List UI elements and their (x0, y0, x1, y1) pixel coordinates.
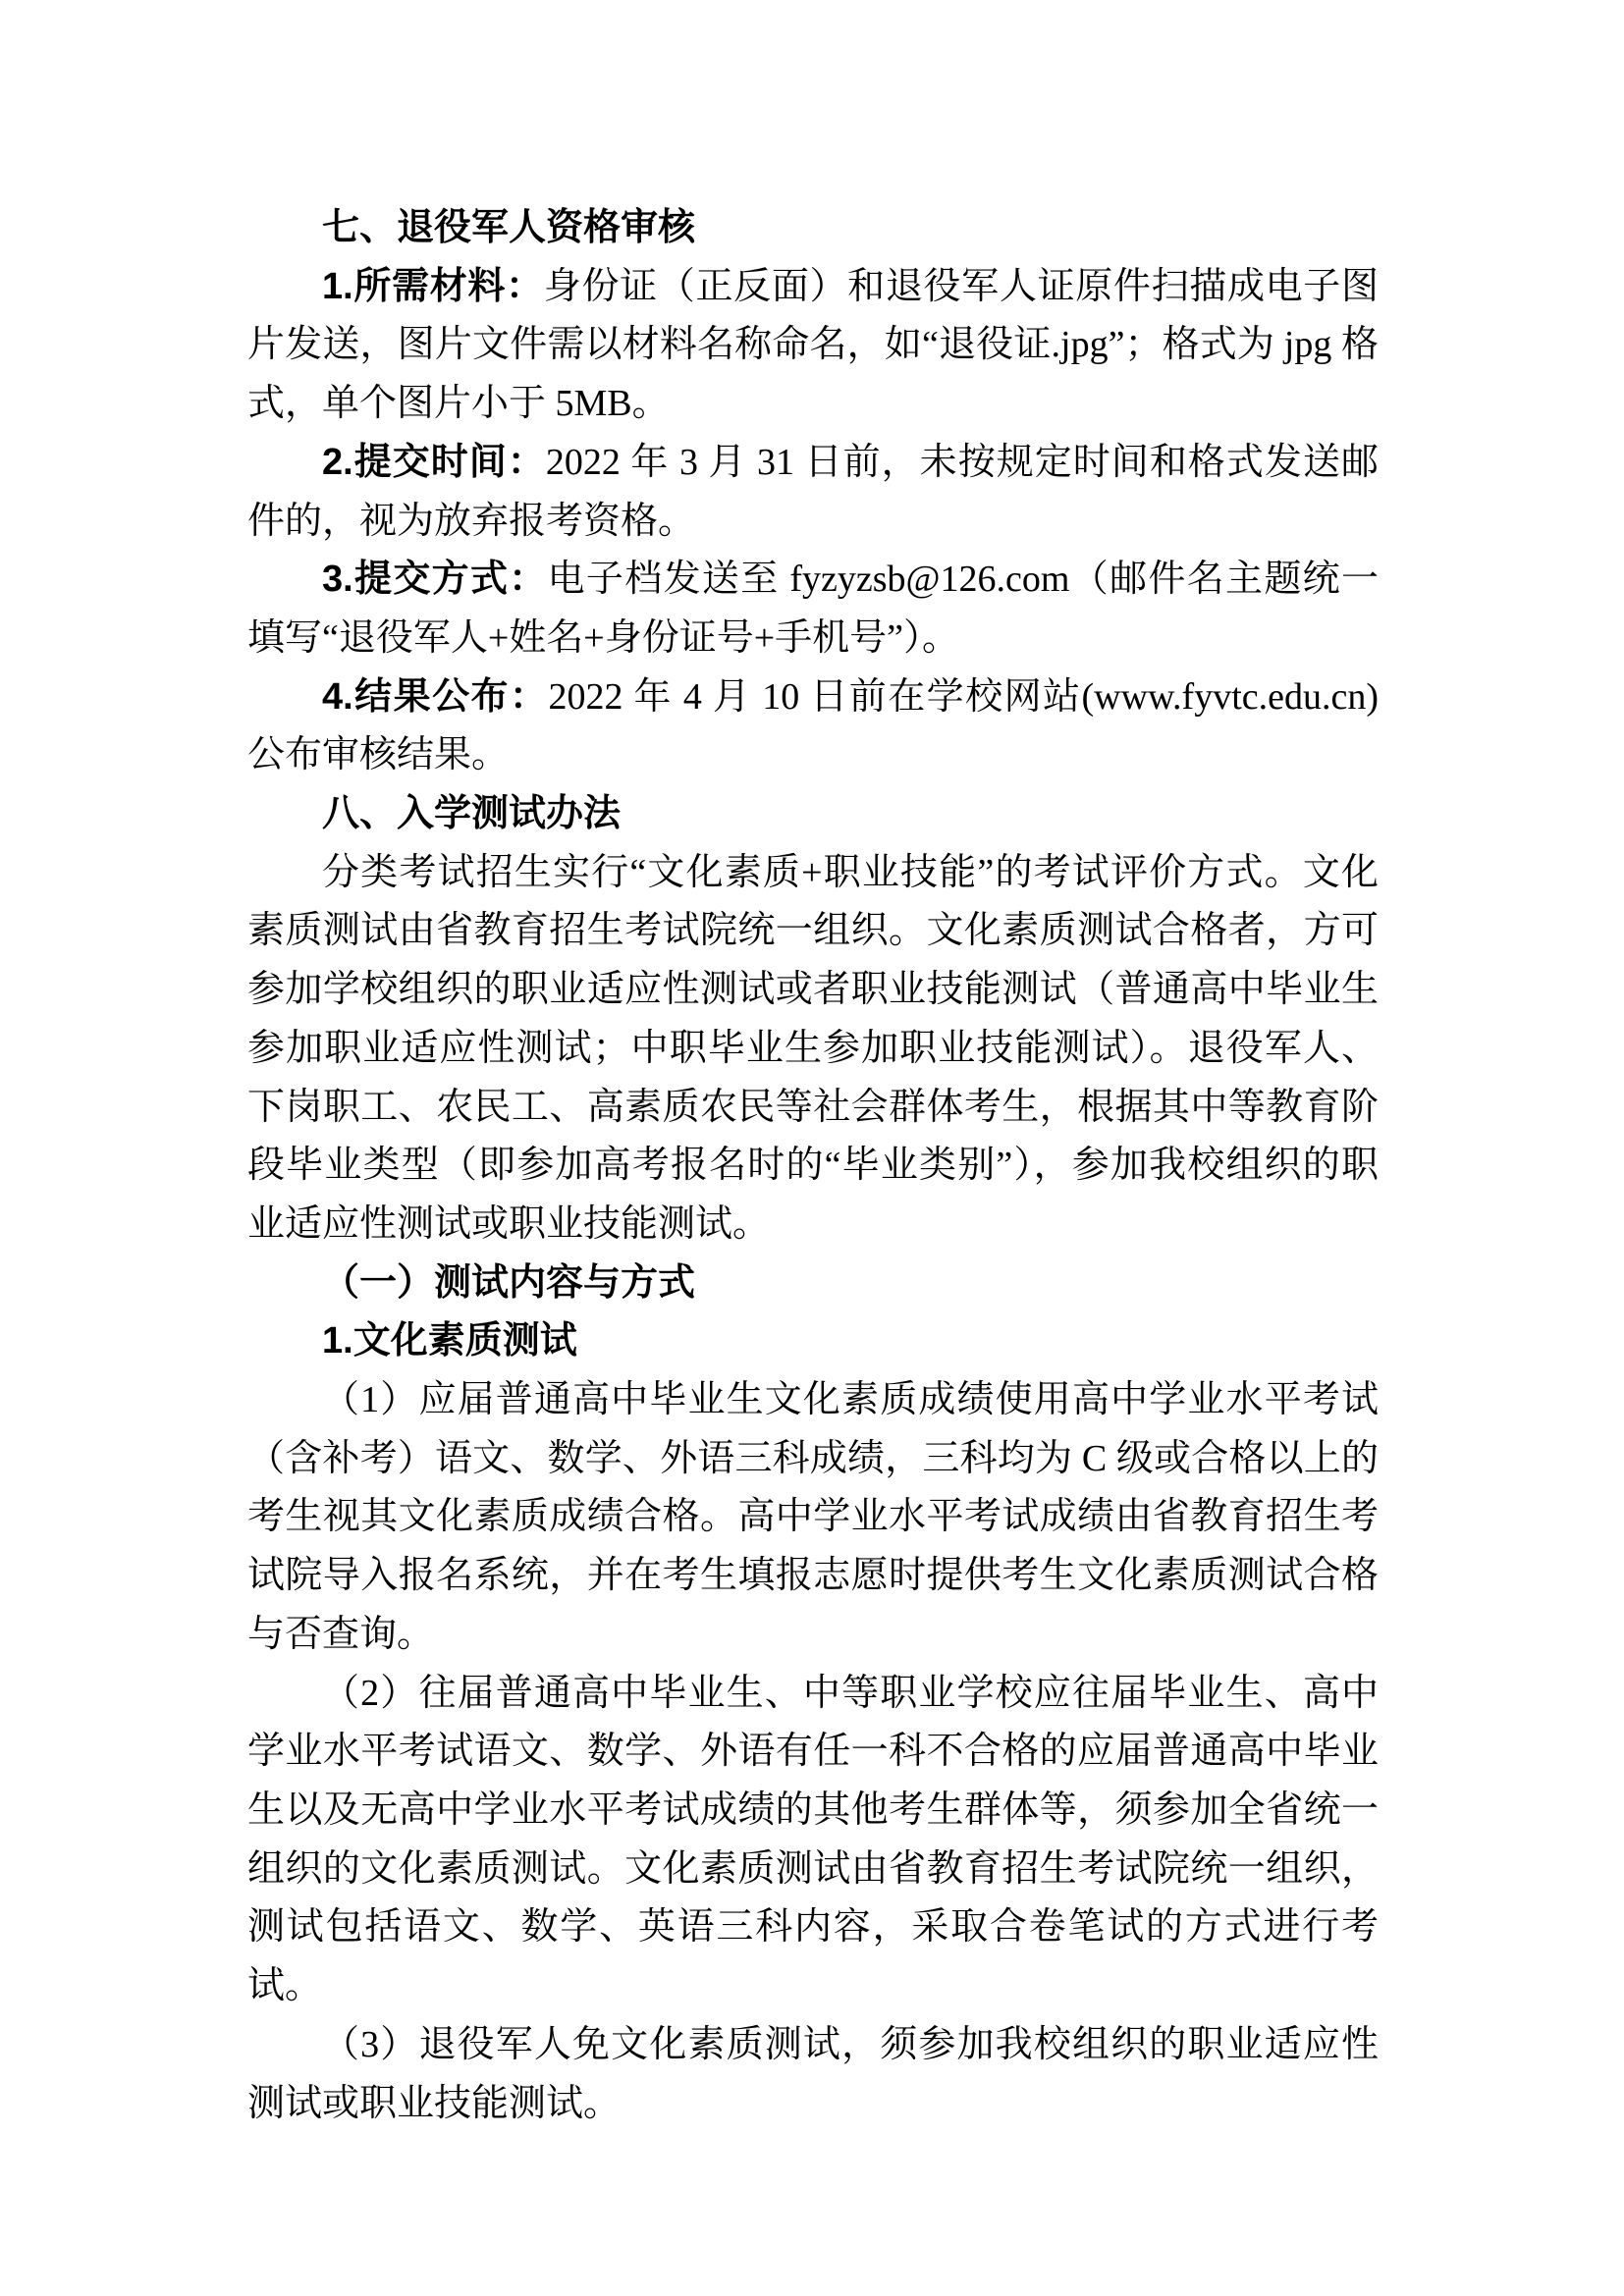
heading-1: 七、退役军人资格审核 (247, 199, 1379, 258)
paragraph-label: 1.所需材料： (322, 266, 544, 307)
paragraph-text: （1）应届普通高中毕业生文化素质成绩使用高中学业水平考试（含补考）语文、数学、外… (247, 1379, 1379, 1655)
heading-text: （一）测试内容与方式 (322, 1262, 695, 1304)
paragraph-label: 3.提交方式： (322, 559, 548, 600)
heading-text: 八、入学测试办法 (322, 793, 621, 834)
paragraph-text: 分类考试招生实行“文化素质+职业技能”的考试评价方式。文化素质测试由省教育招生考… (247, 852, 1379, 1245)
paragraph-7: 分类考试招生实行“文化素质+职业技能”的考试评价方式。文化素质测试由省教育招生考… (247, 844, 1379, 1255)
heading-text: 七、退役军人资格审核 (322, 207, 695, 248)
paragraph-4: 3.提交方式：电子档发送至 fyzyzsb@126.com（邮件名主题统一填写“… (247, 551, 1379, 667)
document-page: 七、退役军人资格审核1.所需材料：身份证（正反面）和退役军人证原件扫描成电子图片… (0, 0, 1624, 2296)
heading-text: 1.文化素质测试 (322, 1320, 577, 1362)
paragraph-10: （1）应届普通高中毕业生文化素质成绩使用高中学业水平考试（含补考）语文、数学、外… (247, 1371, 1379, 1665)
subheading-9: 1.文化素质测试 (247, 1312, 1379, 1371)
paragraph-5: 4.结果公布：2022 年 4 月 10 日前在学校网站(www.fyvtc.e… (247, 668, 1379, 785)
paragraph-text: （3）退役军人免文化素质测试，须参加我校组织的职业适应性测试或职业技能测试。 (247, 2024, 1379, 2124)
subheading-8: （一）测试内容与方式 (247, 1255, 1379, 1313)
paragraph-12: （3）退役军人免文化素质测试，须参加我校组织的职业适应性测试或职业技能测试。 (247, 2016, 1379, 2133)
paragraph-3: 2.提交时间：2022 年 3 月 31 日前，未按规定时间和格式发送邮件的，视… (247, 434, 1379, 551)
paragraph-11: （2）往届普通高中毕业生、中等职业学校应往届毕业生、高中学业水平考试语文、数学、… (247, 1665, 1379, 2016)
document-body: 七、退役军人资格审核1.所需材料：身份证（正反面）和退役军人证原件扫描成电子图片… (247, 199, 1379, 2133)
paragraph-label: 4.结果公布： (322, 676, 549, 718)
paragraph-text: （2）往届普通高中毕业生、中等职业学校应往届毕业生、高中学业水平考试语文、数学、… (247, 1673, 1379, 2007)
paragraph-2: 1.所需材料：身份证（正反面）和退役军人证原件扫描成电子图片发送，图片文件需以材… (247, 258, 1379, 434)
paragraph-label: 2.提交时间： (322, 442, 546, 483)
heading-6: 八、入学测试办法 (247, 785, 1379, 844)
